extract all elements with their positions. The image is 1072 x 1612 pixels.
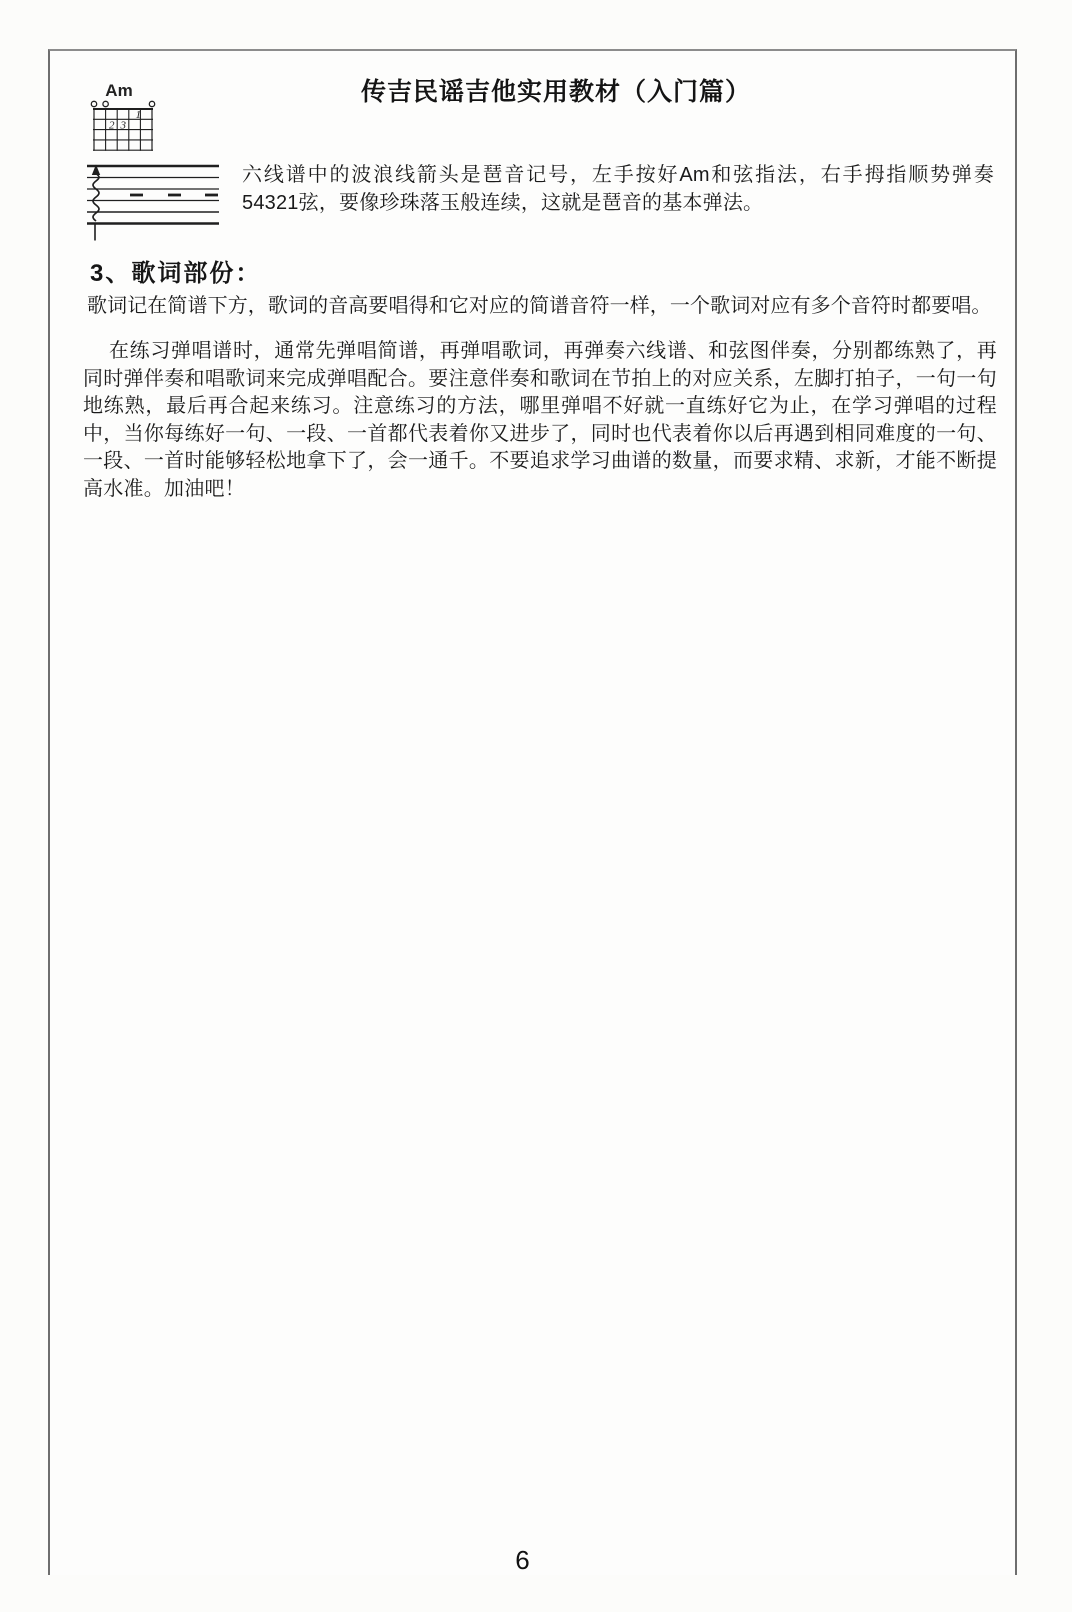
page-frame: 传吉民谣吉他实用教材（入门篇） Am 1 2 3 bbox=[48, 49, 1017, 1575]
tab-staff bbox=[85, 159, 225, 245]
chord-grid: 1 2 3 bbox=[87, 100, 159, 158]
open-string-icon bbox=[149, 101, 154, 106]
page-title: 传吉民谣吉他实用教材（入门篇） bbox=[50, 72, 1062, 108]
arpeggio-wavy-arrow-icon bbox=[93, 174, 99, 222]
chord-name-label: Am bbox=[87, 84, 151, 98]
practice-paragraph: 在练习弹唱谱时，通常先弹唱简谱，再弹唱歌词，再弹奏六线谱、和弦图伴奏，分别都练熟… bbox=[83, 338, 997, 503]
open-string-icon bbox=[103, 101, 108, 106]
finger-number: 2 bbox=[109, 119, 115, 131]
page-number: 6 bbox=[50, 1545, 995, 1576]
lyrics-intro-text: 歌词记在简谱下方，歌词的音高要唱得和它对应的简谱音符一样，一个歌词对应有多个音符… bbox=[87, 293, 999, 320]
tab-staff-graphic bbox=[85, 159, 225, 245]
tab-dash bbox=[205, 194, 218, 197]
finger-number: 3 bbox=[120, 119, 127, 131]
lyrics-section-heading: 3、歌词部份： bbox=[90, 253, 261, 288]
am-chord-diagram: Am 1 2 3 bbox=[87, 84, 159, 158]
open-string-icon bbox=[91, 101, 96, 106]
tab-dash bbox=[130, 194, 143, 197]
finger-number: 1 bbox=[136, 109, 142, 121]
tab-dash bbox=[168, 194, 181, 197]
arpeggio-note-text: 六线谱中的波浪线箭头是琶音记号，左手按好Am和弦指法，右手拇指顺势弹奏54321… bbox=[242, 161, 994, 217]
